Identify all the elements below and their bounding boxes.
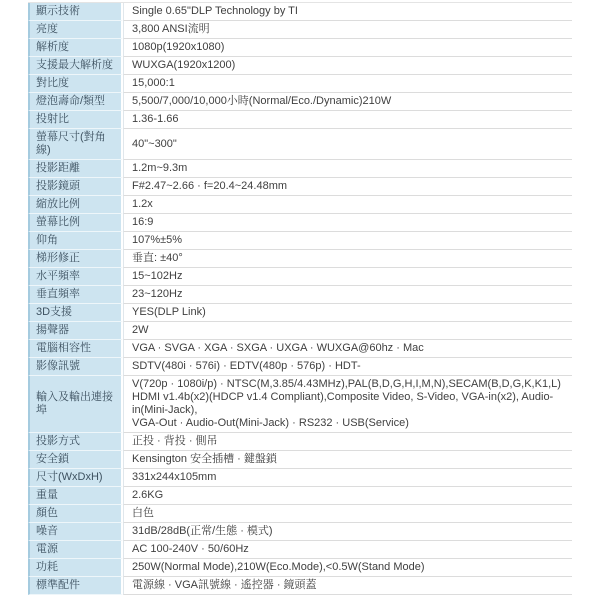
spec-value: 23~120Hz: [123, 286, 572, 304]
spec-row: 亮度 3,800 ANSI流明: [28, 21, 572, 39]
spec-row: 投影距離 1.2m~9.3m: [28, 160, 572, 178]
spec-row: 螢幕尺寸(對角線) 40"~300": [28, 129, 572, 160]
spec-label: 安全鎖: [28, 451, 123, 469]
spec-label: 亮度: [28, 21, 123, 39]
spec-value: YES(DLP Link): [123, 304, 572, 322]
spec-row: 標準配件 電源線 · VGA訊號線 · 遙控器 · 鏡頭蓋: [28, 577, 572, 595]
spec-value: 1.2m~9.3m: [123, 160, 572, 178]
spec-row: 仰角 107%±5%: [28, 232, 572, 250]
spec-value: 250W(Normal Mode),210W(Eco.Mode),<0.5W(S…: [123, 559, 572, 577]
spec-row: 揚聲器 2W: [28, 322, 572, 340]
spec-value: 2W: [123, 322, 572, 340]
spec-row: 重量 2.6KG: [28, 487, 572, 505]
spec-label: 3D支援: [28, 304, 123, 322]
spec-row: 支援最大解析度 WUXGA(1920x1200): [28, 57, 572, 75]
spec-row: 縮放比例 1.2x: [28, 196, 572, 214]
spec-row: 輸入及輸出連接埠 V(720p · 1080i/p) · NTSC(M,3.85…: [28, 376, 572, 433]
spec-row: 投影方式 正投 · 背投 · 側吊: [28, 433, 572, 451]
spec-row: 垂直頻率 23~120Hz: [28, 286, 572, 304]
spec-label: 投影方式: [28, 433, 123, 451]
spec-row: 解析度 1080p(1920x1080): [28, 39, 572, 57]
spec-label: 螢幕尺寸(對角線): [28, 129, 123, 160]
spec-row: 對比度 15,000:1: [28, 75, 572, 93]
spec-label: 投影鏡頭: [28, 178, 123, 196]
spec-label: 燈泡壽命/類型: [28, 93, 123, 111]
spec-value: Single 0.65"DLP Technology by TI: [123, 3, 572, 21]
spec-row: 顯示技術 Single 0.65"DLP Technology by TI: [28, 3, 572, 21]
spec-value: 3,800 ANSI流明: [123, 21, 572, 39]
spec-label: 噪音: [28, 523, 123, 541]
spec-row: 投射比 1.36-1.66: [28, 111, 572, 129]
spec-label: 影像訊號: [28, 358, 123, 376]
spec-value: 1080p(1920x1080): [123, 39, 572, 57]
spec-label: 縮放比例: [28, 196, 123, 214]
spec-label: 尺寸(WxDxH): [28, 469, 123, 487]
spec-value: 白色: [123, 505, 572, 523]
spec-value: 垂直: ±40°: [123, 250, 572, 268]
spec-label: 輸入及輸出連接埠: [28, 376, 123, 433]
spec-row: 影像訊號 SDTV(480i · 576i) · EDTV(480p · 576…: [28, 358, 572, 376]
spec-value: 1.2x: [123, 196, 572, 214]
spec-value: 正投 · 背投 · 側吊: [123, 433, 572, 451]
spec-value: 2.6KG: [123, 487, 572, 505]
spec-row: 螢幕比例 16:9: [28, 214, 572, 232]
spec-label: 顯示技術: [28, 3, 123, 21]
spec-row: 燈泡壽命/類型 5,500/7,000/10,000小時(Normal/Eco.…: [28, 93, 572, 111]
spec-value: WUXGA(1920x1200): [123, 57, 572, 75]
spec-label: 垂直頻率: [28, 286, 123, 304]
spec-value: SDTV(480i · 576i) · EDTV(480p · 576p) · …: [123, 358, 572, 376]
spec-row: 水平頻率 15~102Hz: [28, 268, 572, 286]
spec-value: F#2.47~2.66 · f=20.4~24.48mm: [123, 178, 572, 196]
spec-label: 顏色: [28, 505, 123, 523]
spec-label: 電腦相容性: [28, 340, 123, 358]
spec-row: 投影鏡頭 F#2.47~2.66 · f=20.4~24.48mm: [28, 178, 572, 196]
spec-value: AC 100-240V · 50/60Hz: [123, 541, 572, 559]
spec-value: 40"~300": [123, 129, 572, 160]
spec-label: 仰角: [28, 232, 123, 250]
spec-label: 支援最大解析度: [28, 57, 123, 75]
spec-row: 梯形修正 垂直: ±40°: [28, 250, 572, 268]
spec-label: 螢幕比例: [28, 214, 123, 232]
spec-label: 電源: [28, 541, 123, 559]
spec-label: 標準配件: [28, 577, 123, 595]
spec-label: 水平頻率: [28, 268, 123, 286]
spec-value: Kensington 安全插槽 · 鍵盤鎖: [123, 451, 572, 469]
spec-label: 投射比: [28, 111, 123, 129]
spec-label: 功耗: [28, 559, 123, 577]
spec-value: 5,500/7,000/10,000小時(Normal/Eco./Dynamic…: [123, 93, 572, 111]
spec-label: 投影距離: [28, 160, 123, 178]
spec-value: 1.36-1.66: [123, 111, 572, 129]
spec-row: 功耗 250W(Normal Mode),210W(Eco.Mode),<0.5…: [28, 559, 572, 577]
spec-label: 重量: [28, 487, 123, 505]
spec-row: 電腦相容性 VGA · SVGA · XGA · SXGA · UXGA · W…: [28, 340, 572, 358]
spec-row: 3D支援 YES(DLP Link): [28, 304, 572, 322]
spec-label: 梯形修正: [28, 250, 123, 268]
spec-value: 15~102Hz: [123, 268, 572, 286]
spec-value: 107%±5%: [123, 232, 572, 250]
spec-value: 31dB/28dB(正常/生態 · 模式): [123, 523, 572, 541]
spec-label: 對比度: [28, 75, 123, 93]
spec-table: 顯示技術 Single 0.65"DLP Technology by TI 亮度…: [28, 2, 572, 595]
spec-value: 電源線 · VGA訊號線 · 遙控器 · 鏡頭蓋: [123, 577, 572, 595]
spec-label: 揚聲器: [28, 322, 123, 340]
spec-row: 尺寸(WxDxH) 331x244x105mm: [28, 469, 572, 487]
spec-row: 電源 AC 100-240V · 50/60Hz: [28, 541, 572, 559]
spec-label: 解析度: [28, 39, 123, 57]
spec-value: 331x244x105mm: [123, 469, 572, 487]
spec-value: 15,000:1: [123, 75, 572, 93]
spec-value: V(720p · 1080i/p) · NTSC(M,3.85/4.43MHz)…: [123, 376, 572, 433]
spec-row: 安全鎖 Kensington 安全插槽 · 鍵盤鎖: [28, 451, 572, 469]
spec-value: VGA · SVGA · XGA · SXGA · UXGA · WUXGA@6…: [123, 340, 572, 358]
spec-row: 顏色 白色: [28, 505, 572, 523]
spec-row: 噪音 31dB/28dB(正常/生態 · 模式): [28, 523, 572, 541]
spec-value: 16:9: [123, 214, 572, 232]
